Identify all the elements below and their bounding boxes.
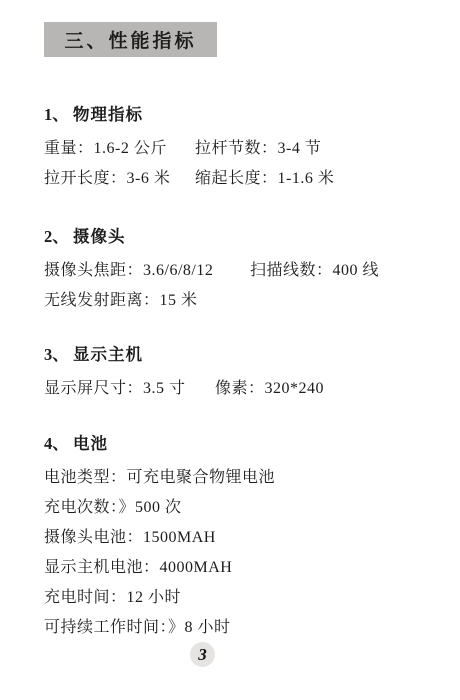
- section-number: 4、: [44, 436, 73, 452]
- page-title: 三、性能指标: [64, 26, 196, 53]
- spec-rows: 摄像头焦距：3.6/6/8/12扫描线数：400 线 无线发射距离：15 米: [44, 253, 460, 313]
- section-heading-label: 摄像头: [73, 227, 126, 246]
- spec-row: 摄像头焦距：3.6/6/8/12扫描线数：400 线: [44, 253, 460, 283]
- spec-row: 摄像头电池：1500MAH: [44, 520, 460, 550]
- section-number: 1、: [44, 107, 73, 123]
- spec-row: 显示屏尺寸：3.5 寸像素：320*240: [44, 371, 460, 401]
- spec-rows: 电池类型：可充电聚合物锂电池 充电次数：》500 次 摄像头电池：1500MAH…: [44, 460, 460, 640]
- spec-row: 充电次数：》500 次: [44, 490, 460, 520]
- section-heading: 3、显示主机: [44, 347, 460, 363]
- spec-section-camera: 2、摄像头 摄像头焦距：3.6/6/8/12扫描线数：400 线 无线发射距离：…: [44, 229, 460, 313]
- spec-row: 可持续工作时间：》8 小时: [44, 610, 460, 640]
- spec-item: 显示屏尺寸：3.5 寸: [44, 375, 215, 398]
- spec-row: 重量：1.6-2 公斤拉杆节数：3-4 节: [44, 131, 460, 161]
- spec-item: 充电时间：12 小时: [44, 584, 181, 607]
- spec-rows: 显示屏尺寸：3.5 寸像素：320*240: [44, 371, 460, 401]
- spec-section-physical: 1、物理指标 重量：1.6-2 公斤拉杆节数：3-4 节 拉开长度：3-6 米缩…: [44, 107, 460, 191]
- page-number: 3: [198, 645, 207, 665]
- spec-item: 扫描线数：400 线: [250, 257, 379, 280]
- spec-item: 摄像头焦距：3.6/6/8/12: [44, 257, 250, 280]
- spec-item: 电池类型：可充电聚合物锂电池: [44, 464, 275, 487]
- spec-item: 拉开长度：3-6 米: [44, 165, 195, 188]
- spec-item: 无线发射距离：15 米: [44, 287, 198, 310]
- section-heading-label: 电池: [73, 434, 108, 453]
- spec-item: 显示主机电池：4000MAH: [44, 554, 232, 577]
- section-heading: 4、电池: [44, 436, 460, 452]
- spec-row: 无线发射距离：15 米: [44, 283, 460, 313]
- spec-row: 拉开长度：3-6 米缩起长度：1-1.6 米: [44, 161, 460, 191]
- spec-item: 像素：320*240: [215, 375, 324, 398]
- document-page: 三、性能指标 1、物理指标 重量：1.6-2 公斤拉杆节数：3-4 节 拉开长度…: [0, 0, 460, 700]
- section-number: 3、: [44, 347, 73, 363]
- section-number: 2、: [44, 229, 73, 245]
- spec-row: 显示主机电池：4000MAH: [44, 550, 460, 580]
- spec-row: 电池类型：可充电聚合物锂电池: [44, 460, 460, 490]
- spec-item: 缩起长度：1-1.6 米: [195, 165, 334, 188]
- section-heading-label: 物理指标: [73, 105, 143, 124]
- section-heading: 2、摄像头: [44, 229, 460, 245]
- spec-item: 可持续工作时间：》8 小时: [44, 614, 231, 637]
- spec-item: 拉杆节数：3-4 节: [195, 135, 321, 158]
- spec-item: 重量：1.6-2 公斤: [44, 135, 195, 158]
- spec-section-display: 3、显示主机 显示屏尺寸：3.5 寸像素：320*240: [44, 347, 460, 401]
- spec-item: 摄像头电池：1500MAH: [44, 524, 216, 547]
- section-heading-label: 显示主机: [73, 345, 143, 364]
- spec-rows: 重量：1.6-2 公斤拉杆节数：3-4 节 拉开长度：3-6 米缩起长度：1-1…: [44, 131, 460, 191]
- spec-item: 充电次数：》500 次: [44, 494, 182, 517]
- section-heading: 1、物理指标: [44, 107, 460, 123]
- section-title-banner: 三、性能指标: [44, 22, 217, 57]
- page-number-badge: 3: [190, 642, 215, 667]
- spec-row: 充电时间：12 小时: [44, 580, 460, 610]
- spec-section-battery: 4、电池 电池类型：可充电聚合物锂电池 充电次数：》500 次 摄像头电池：15…: [44, 436, 460, 640]
